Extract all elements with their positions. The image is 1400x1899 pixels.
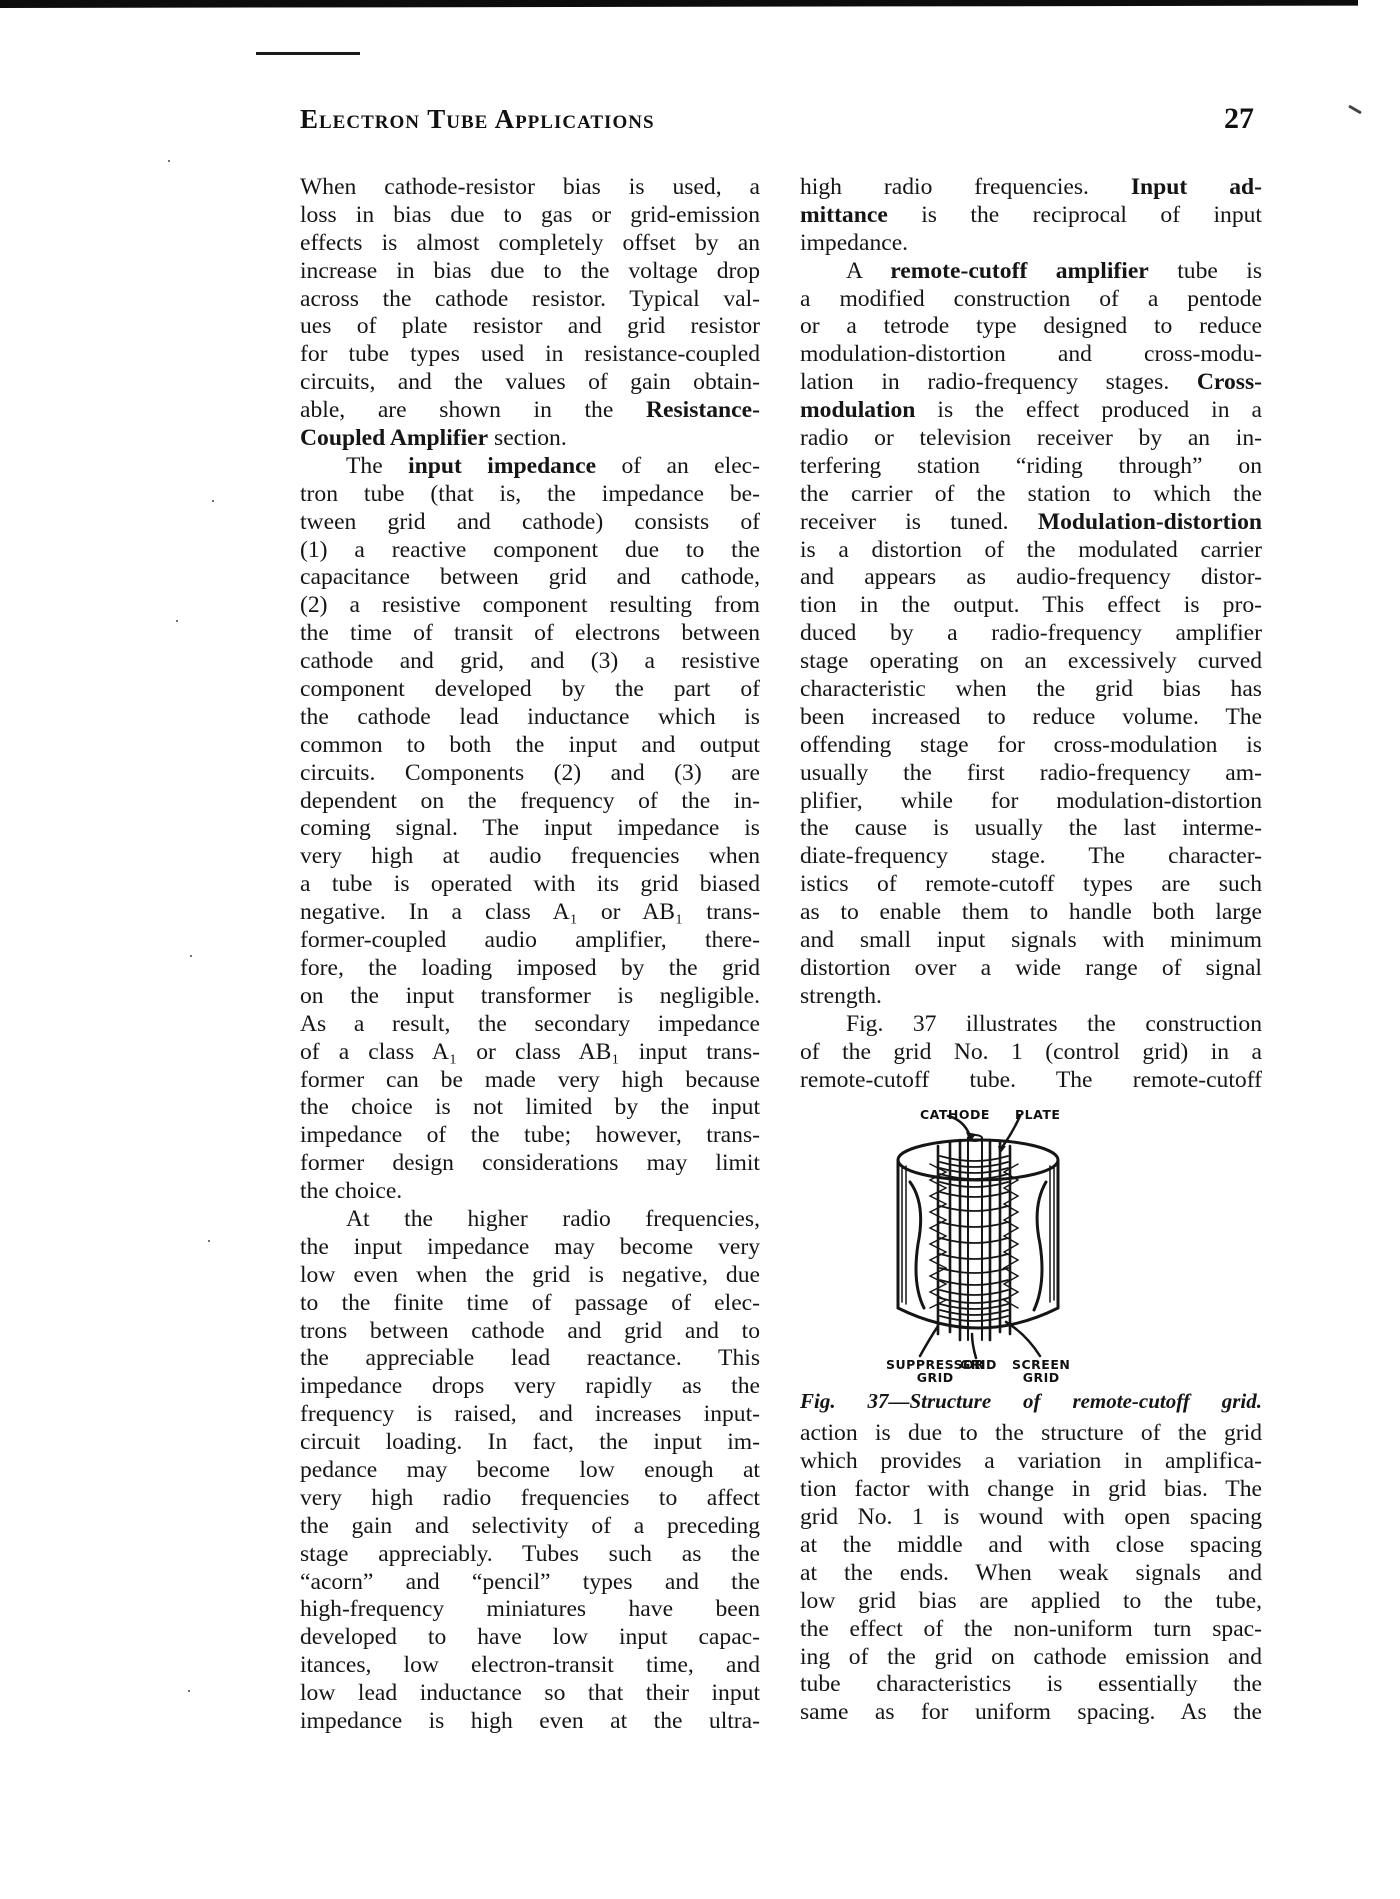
label-screen-grid: SCREEN GRID xyxy=(1012,1358,1070,1384)
text-line: action is due to the structure of the gr… xyxy=(800,1420,1262,1448)
text-line: which provides a variation in amplifica- xyxy=(800,1448,1262,1476)
corner-rule xyxy=(256,52,360,55)
label-cathode: CATHODE xyxy=(920,1108,990,1121)
text-line: circuit loading. In fact, the input im- xyxy=(300,1429,760,1457)
running-head: Electron Tube Applications xyxy=(300,104,655,135)
bold-term: Input ad- xyxy=(1131,174,1262,200)
text-line: former-coupled audio amplifier, there- xyxy=(300,927,760,955)
text-line: tube characteristics is essentially the xyxy=(800,1671,1262,1699)
text-line: itances, low electron-transit time, and xyxy=(300,1652,760,1680)
text-line: high-frequency miniatures have been xyxy=(300,1596,760,1624)
text-line: duced by a radio-frequency amplifier xyxy=(800,620,1262,648)
scan-mark xyxy=(1348,105,1362,115)
right-column: high radio frequencies. Input ad- mittan… xyxy=(800,174,1262,1727)
text-line: capacitance between grid and cathode, xyxy=(300,564,760,592)
text-line: cathode and grid, and (3) a resistive xyxy=(300,648,760,676)
text-line: as to enable them to handle both large xyxy=(800,899,1262,927)
text-line: circuits. Components (2) and (3) are xyxy=(300,760,760,788)
scan-speck xyxy=(212,500,214,502)
text-line: or a tetrode type designed to reduce xyxy=(800,313,1262,341)
text-line: receiver is tuned. Modulation-distortion xyxy=(800,509,1262,537)
scan-speck xyxy=(168,160,170,162)
text-line: impedance is high even at the ultra- xyxy=(300,1708,760,1736)
bold-term: Modulation-distortion xyxy=(1038,509,1262,535)
text-line: “acorn” and “pencil” types and the xyxy=(300,1569,760,1597)
bold-term: mittance xyxy=(800,202,888,228)
text-line: and small input signals with minimum xyxy=(800,927,1262,955)
text-line: stage operating on an excessively curved xyxy=(800,648,1262,676)
text-line: the choice. xyxy=(300,1178,760,1206)
text-line: dependent on the frequency of the in- xyxy=(300,788,760,816)
text-line: mittance is the reciprocal of input xyxy=(800,202,1262,230)
bold-term: Coupled Amplifier xyxy=(300,425,488,451)
text-line: low grid bias are applied to the tube, xyxy=(800,1588,1262,1616)
text-line: ues of plate resistor and grid resistor xyxy=(300,313,760,341)
page-number: 27 xyxy=(1224,102,1254,136)
text-line: the choice is not limited by the input xyxy=(300,1094,760,1122)
text-line: frequency is raised, and increases input… xyxy=(300,1401,760,1429)
text-line: is a distortion of the modulated carrier xyxy=(800,537,1262,565)
text-line: plifier, while for modulation-distortion xyxy=(800,788,1262,816)
text-line: the gain and selectivity of a preceding xyxy=(300,1513,760,1541)
text-line: the effect of the non-uniform turn spac- xyxy=(800,1616,1262,1644)
text-line: the carrier of the station to which the xyxy=(800,481,1262,509)
scan-speck xyxy=(208,1240,210,1242)
scan-speck xyxy=(188,1690,190,1692)
figure-37: CATHODE PLATE SUPPRESSOR GRID GRID SCREE… xyxy=(800,1094,1262,1384)
scan-top-edge xyxy=(0,0,1358,8)
text-line: offending stage for cross-modulation is xyxy=(800,732,1262,760)
text-line: at the middle and with close spacing xyxy=(800,1532,1262,1560)
text-line: radio or television receiver by an in- xyxy=(800,425,1262,453)
text-line: component developed by the part of xyxy=(300,676,760,704)
text-line: at the ends. When weak signals and xyxy=(800,1560,1262,1588)
text-line: impedance drops very rapidly as the xyxy=(300,1373,760,1401)
text-line: loss in bias due to gas or grid-emission xyxy=(300,202,760,230)
text-line: former design considerations may limit xyxy=(300,1150,760,1178)
left-column: When cathode-resistor bias is used, a lo… xyxy=(300,174,760,1736)
text-line: same as for uniform spacing. As the xyxy=(800,1699,1262,1727)
text-line: istics of remote-cutoff types are such xyxy=(800,871,1262,899)
text-line: of a class A₁ or class AB₁ input trans- xyxy=(300,1039,760,1067)
text-line: coming signal. The input impedance is xyxy=(300,815,760,843)
text-line: Coupled Amplifier section. xyxy=(300,425,760,453)
text-line: the cathode lead inductance which is xyxy=(300,704,760,732)
text-line: strength. xyxy=(800,983,1262,1011)
text-line: fore, the loading imposed by the grid xyxy=(300,955,760,983)
figure-caption: Fig. 37—Structure of remote-cutoff grid. xyxy=(800,1386,1262,1420)
text-line: tion in the output. This effect is pro- xyxy=(800,592,1262,620)
text-line: distortion over a wide range of signal xyxy=(800,955,1262,983)
text-line: trons between cathode and grid and to xyxy=(300,1318,760,1346)
text-line: tron tube (that is, the impedance be- xyxy=(300,481,760,509)
text-line: developed to have low input capac- xyxy=(300,1624,760,1652)
text-line: grid No. 1 is wound with open spacing xyxy=(800,1504,1262,1532)
text-line: low lead inductance so that their input xyxy=(300,1680,760,1708)
label-plate: PLATE xyxy=(1015,1108,1060,1121)
text-line: The input impedance of an elec- xyxy=(300,453,760,481)
text-line: for tube types used in resistance-couple… xyxy=(300,341,760,369)
bold-term: modulation xyxy=(800,397,915,423)
text-line: the time of transit of electrons between xyxy=(300,620,760,648)
text-line: common to both the input and output xyxy=(300,732,760,760)
text-line: tion factor with change in grid bias. Th… xyxy=(800,1476,1262,1504)
text-line: effects is almost completely offset by a… xyxy=(300,230,760,258)
text-line: tween grid and cathode) consists of xyxy=(300,509,760,537)
text-line: to the finite time of passage of elec- xyxy=(300,1290,760,1318)
text-line: former can be made very high because xyxy=(300,1067,760,1095)
text-line: circuits, and the values of gain obtain- xyxy=(300,369,760,397)
text-line: the input impedance may become very xyxy=(300,1234,760,1262)
text-line: the cause is usually the last interme- xyxy=(800,815,1262,843)
text-line: of the grid No. 1 (control grid) in a xyxy=(800,1039,1262,1067)
text-line: ing of the grid on cathode emission and xyxy=(800,1644,1262,1672)
text-line: lation in radio-frequency stages. Cross- xyxy=(800,369,1262,397)
text-line: and appears as audio-frequency distor- xyxy=(800,564,1262,592)
text-line: very high radio frequencies to affect xyxy=(300,1485,760,1513)
text-line: on the input transformer is negligible. xyxy=(300,983,760,1011)
text-line: increase in bias due to the voltage drop xyxy=(300,258,760,286)
scan-speck xyxy=(190,955,192,957)
text-line: remote-cutoff tube. The remote-cutoff xyxy=(800,1067,1262,1095)
text-line: A remote-cutoff amplifier tube is xyxy=(800,258,1262,286)
text-line: (1) a reactive component due to the xyxy=(300,537,760,565)
text-line: been increased to reduce volume. The xyxy=(800,704,1262,732)
text-line: (2) a resistive component resulting from xyxy=(300,592,760,620)
text-line: At the higher radio frequencies, xyxy=(300,1206,760,1234)
text-line: negative. In a class A₁ or AB₁ trans- xyxy=(300,899,760,927)
text-line: Fig. 37 illustrates the construction xyxy=(800,1011,1262,1039)
text-line: When cathode-resistor bias is used, a xyxy=(300,174,760,202)
text-line: impedance of the tube; however, trans- xyxy=(300,1122,760,1150)
bold-term: Cross- xyxy=(1197,369,1262,395)
bold-term: remote-cutoff amplifier xyxy=(890,258,1149,284)
text-line: stage appreciably. Tubes such as the xyxy=(300,1541,760,1569)
scan-speck xyxy=(176,620,178,622)
text-line: modulation is the effect produced in a xyxy=(800,397,1262,425)
text-line: a tube is operated with its grid biased xyxy=(300,871,760,899)
text-line: able, are shown in the Resistance- xyxy=(300,397,760,425)
text-line: a modified construction of a pentode xyxy=(800,286,1262,314)
bold-term: Resistance- xyxy=(646,397,760,423)
text-line: diate-frequency stage. The character- xyxy=(800,843,1262,871)
text-line: As a result, the secondary impedance xyxy=(300,1011,760,1039)
text-line: characteristic when the grid bias has xyxy=(800,676,1262,704)
bold-term: input impedance xyxy=(408,453,596,479)
text-line: very high at audio frequencies when xyxy=(300,843,760,871)
text-line: low even when the grid is negative, due xyxy=(300,1262,760,1290)
text-line: the appreciable lead reactance. This xyxy=(300,1345,760,1373)
label-grid: GRID xyxy=(960,1358,997,1371)
text-line: across the cathode resistor. Typical val… xyxy=(300,286,760,314)
text-line: modulation-distortion and cross-modu- xyxy=(800,341,1262,369)
tube-electrode-illustration xyxy=(800,1094,1262,1384)
text-line: pedance may become low enough at xyxy=(300,1457,760,1485)
text-line: high radio frequencies. Input ad- xyxy=(800,174,1262,202)
text-line: impedance. xyxy=(800,230,1262,258)
text-line: terfering station “riding through” on xyxy=(800,453,1262,481)
text-line: usually the first radio-frequency am- xyxy=(800,760,1262,788)
